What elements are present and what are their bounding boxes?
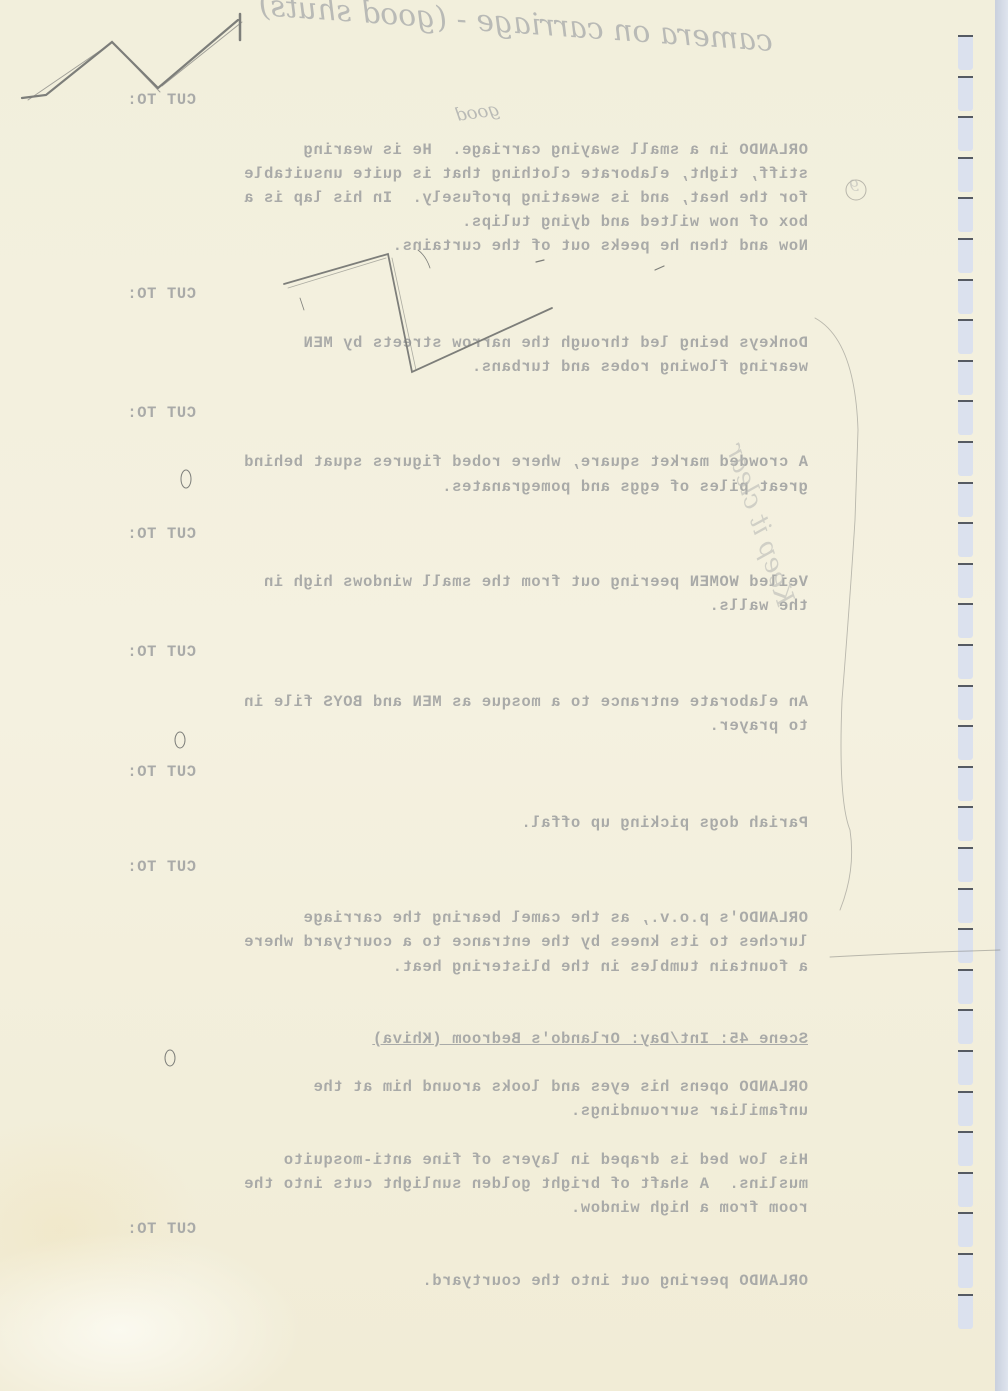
transition-cut-to: CUT TO: — [127, 1220, 196, 1238]
action-line: unfamiliar surroundings. — [570, 1102, 808, 1120]
action-line: ORLANDO peering out into the courtyard. — [422, 1272, 808, 1290]
action-line: ORLANDO's p.o.v., as the camel bearing t… — [303, 909, 808, 927]
transition-cut-to: CUT TO: — [127, 525, 196, 543]
scene-heading: Scene 45: Int/Day: Orlando's Bedroom (Kh… — [372, 1030, 808, 1048]
action-line: Veiled WOMEN peering out from the small … — [263, 573, 808, 591]
action-line: Now and then he peeks out of the curtain… — [392, 237, 808, 255]
action-line: room from a high window. — [570, 1199, 808, 1217]
action-line: ORLANDO opens his eyes and looks around … — [313, 1078, 808, 1096]
action-line: muslins. A shaft of bright golden sunlig… — [244, 1175, 808, 1193]
transition-cut-to: CUT TO: — [127, 643, 196, 661]
action-line: ORLANDO in a small swaying carriage. He … — [303, 141, 808, 159]
action-line: a fountain tumbles in the blistering hea… — [392, 958, 808, 976]
pencil-circled-number: 9 — [849, 176, 859, 195]
action-line: His low bed is draped in layers of fine … — [283, 1151, 808, 1169]
action-line: Donkeys being led through the narrow str… — [303, 334, 808, 352]
action-line: lurches to its knees by the entrance to … — [244, 933, 808, 951]
action-line: for the heat, and is sweating profusely.… — [244, 189, 808, 207]
action-line: box of now wilted and dying tulips. — [461, 213, 808, 231]
action-line: stiff, tight, elaborate clothing that is… — [244, 165, 808, 183]
transition-cut-to: CUT TO: — [127, 91, 196, 109]
transition-cut-to: CUT TO: — [127, 404, 196, 422]
transition-cut-to: CUT TO: — [127, 763, 196, 781]
action-line: to prayer. — [709, 717, 808, 735]
typed-text-mirrored: CUT TO: ORLANDO in a small swaying carri… — [0, 0, 1008, 1391]
transition-cut-to: CUT TO: — [127, 285, 196, 303]
action-line: Pariah dogs picking up offal. — [521, 814, 808, 832]
action-line: An elaborate entrance to a mosque as MEN… — [244, 693, 808, 711]
action-line: wearing flowing robes and turbans. — [471, 358, 808, 376]
transition-cut-to: CUT TO: — [127, 858, 196, 876]
